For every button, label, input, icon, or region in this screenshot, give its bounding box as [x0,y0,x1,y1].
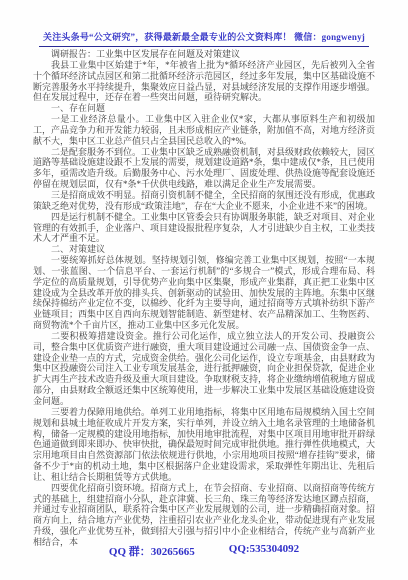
paragraph-suggestion-4: 四要优化招商引资环境。招商方式上，在节会招商、专业招商、以商招商等传统方式的基础… [33,483,375,548]
paragraph-problem-3: 三是招商成效不明显。招商引资机制不健全，全民招商的氛围还没有形成，优惠政策缺乏绝… [33,190,375,212]
paragraph-suggestion-3: 三要着力保障用地供给。单列工业用地指标，将集中区用地布局规模纳入国土空间规划和县… [33,407,375,483]
promo-header-text: 关注头条号“公文研究”，获得最新最全最专业的公文资料库！ 微信：gongweny… [39,30,369,47]
paragraph-problem-4: 四是运行机制不健全。工业集中区管委会只有协调服务职能，缺乏对项目、对企业管理的有… [33,212,375,245]
paragraph-suggestion-2: 二要积极筹措建设资金。推行公司化运作，成立独立法人的开发公司、投融资公司，整合集… [33,331,375,407]
paragraph-problem-2: 二是配套服务不到位。工业集中区缺乏成熟融资机制，对县级财政依赖较大，园区道路等基… [33,147,375,190]
heading-problems: 一、存在问题 [33,103,375,114]
promo-footer: QQ 群：30265665 QQ:535304092 [0,543,408,559]
promo-header: 关注头条号“公文研究”，获得最新最全最专业的公文资料库！ 微信：gongweny… [0,27,408,47]
document-page: 关注头条号“公文研究”，获得最新最全最专业的公文资料库！ 微信：gongweny… [0,0,408,580]
paragraph-problem-1: 一是工业经济总量小。工业集中区入驻企业仅*家，大都从事原料生产和初级加工，产品竞… [33,114,375,147]
document-body: 调研报告：工业集中区发展存在问题及对策建议 我县工业集中区始建于*年，*年被省上… [33,49,375,548]
qq-number: QQ:535304092 [229,543,299,559]
document-title: 调研报告：工业集中区发展存在问题及对策建议 [33,49,375,60]
heading-suggestions: 二、对策建议 [33,244,375,255]
paragraph-intro: 我县工业集中区始建于*年，*年被省上批为*循环经济产业园区，先后被列入全省十个循… [33,60,375,103]
qq-group-number: QQ 群：30265665 [109,543,195,559]
paragraph-suggestion-1: 一要统筹抓好总体规划。坚持规划引领，修编完善工业集中区规划，按照“一本规划、一张… [33,255,375,331]
